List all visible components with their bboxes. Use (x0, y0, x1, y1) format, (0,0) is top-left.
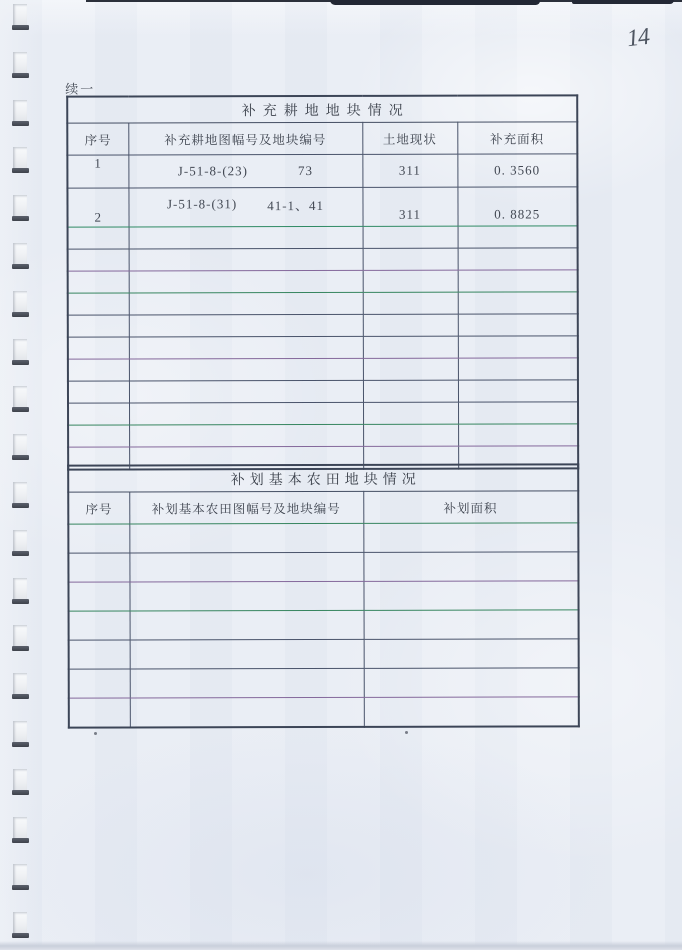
empty-cell (363, 523, 578, 553)
empty-cell (68, 553, 129, 582)
table1-empty-row (68, 270, 578, 293)
table2-empty-row (68, 581, 578, 611)
table1-empty-row (68, 358, 578, 381)
row2-plot-no: 41-1、41 (267, 194, 324, 213)
empty-cell (129, 336, 363, 359)
table2-empty-row (69, 668, 579, 698)
empty-cell (129, 248, 363, 271)
table1-empty-row (68, 424, 578, 447)
row2-sheet-no: J-51-8-(31) (167, 196, 237, 212)
empty-cell (363, 270, 458, 292)
empty-cell (68, 293, 129, 315)
empty-cell (69, 669, 130, 698)
empty-cell (129, 292, 363, 315)
empty-cell (458, 314, 578, 336)
table2-empty-row (68, 552, 578, 582)
row2-seq: 2 (67, 188, 128, 227)
table2-header-row: 序号 补划基本农田图幅号及地块编号 补划面积 (68, 491, 578, 524)
empty-cell (363, 358, 458, 380)
empty-cell (68, 227, 129, 249)
table1-title-row: 补充耕地地块情况 (67, 95, 577, 123)
empty-cell (129, 314, 363, 337)
ink-speck (94, 732, 97, 735)
empty-cell (69, 611, 130, 640)
empty-cell (129, 358, 363, 381)
table1-empty-row (68, 380, 578, 403)
empty-cell (458, 248, 578, 270)
empty-cell (129, 523, 363, 553)
empty-cell (458, 402, 578, 424)
supplementary-cultivated-land-table: 补充耕地地块情况 序号 补充耕地图幅号及地块编号 土地现状 补充面积 1 J-5… (66, 94, 579, 470)
empty-cell (68, 524, 129, 553)
table1-header-row: 序号 补充耕地图幅号及地块编号 土地现状 补充面积 (67, 122, 577, 155)
empty-cell (68, 403, 129, 425)
empty-cell (129, 581, 363, 611)
table1-title: 补充耕地地块情况 (67, 95, 577, 123)
empty-cell (68, 337, 129, 359)
empty-cell (129, 402, 363, 425)
table1-header-seq: 序号 (67, 123, 128, 155)
table2-empty-row (69, 639, 579, 669)
empty-cell (458, 292, 578, 314)
empty-cell (68, 381, 129, 403)
table1-empty-row (68, 292, 578, 315)
empty-cell (68, 315, 129, 337)
empty-cell (68, 249, 129, 271)
table1-data-row-2: 2 J-51-8-(31) 41-1、41 311 0. 8825 (67, 187, 577, 227)
table1-empty-row (68, 314, 578, 337)
empty-cell (363, 424, 458, 446)
basic-farmland-table: 补划基本农田地块情况 序号 补划基本农田图幅号及地块编号 补划面积 (67, 463, 580, 728)
empty-cell (458, 226, 578, 248)
empty-cell (363, 336, 458, 358)
table1-empty-row (68, 402, 578, 425)
empty-cell (68, 271, 129, 293)
empty-cell (69, 640, 130, 669)
row1-area: 0. 3560 (457, 154, 577, 187)
table1-header-status: 土地现状 (362, 122, 457, 154)
table1-header-plot: 补充耕地图幅号及地块编号 (128, 122, 362, 155)
empty-cell (364, 697, 579, 727)
table2-empty-row (69, 697, 579, 728)
table1-empty-row (68, 248, 578, 271)
table2-title: 补划基本农田地块情况 (68, 464, 578, 492)
empty-cell (129, 552, 363, 582)
empty-cell (364, 610, 579, 640)
empty-cell (458, 358, 578, 380)
empty-cell (68, 359, 129, 381)
empty-cell (363, 292, 458, 314)
table2-header-plot: 补划基本农田图幅号及地块编号 (129, 491, 363, 524)
table2-header-seq: 序号 (68, 492, 129, 524)
scanned-document-page: 14 续一 补充耕地地块情况 序号 补充耕地图幅号及地块编号 土地现状 补充面积… (0, 0, 682, 950)
empty-cell (363, 226, 458, 248)
empty-cell (129, 424, 363, 447)
row2-area: 0. 8825 (457, 187, 577, 226)
row2-plot-cell: J-51-8-(31) 41-1、41 (128, 187, 362, 227)
table1-empty-row (68, 336, 578, 359)
empty-cell (130, 639, 364, 669)
empty-cell (363, 552, 578, 582)
empty-cell (364, 668, 579, 698)
ink-speck (405, 731, 408, 734)
row1-seq: 1 (67, 155, 128, 188)
table1-empty-row (68, 226, 578, 249)
table1-data-row-1: 1 J-51-8-(23) 73 311 0. 3560 (67, 154, 577, 188)
row1-sheet-no: J-51-8-(23) (178, 163, 248, 179)
empty-cell (363, 581, 578, 611)
empty-cell (68, 425, 129, 447)
empty-cell (129, 270, 363, 293)
table2-title-row: 补划基本农田地块情况 (68, 464, 578, 492)
table2-header-area: 补划面积 (363, 491, 578, 524)
empty-cell (363, 380, 458, 402)
row1-land-status: 311 (362, 154, 457, 187)
empty-cell (129, 380, 363, 403)
row1-plot-no: 73 (298, 163, 313, 179)
empty-cell (458, 424, 578, 446)
empty-cell (129, 226, 363, 249)
row2-land-status: 311 (362, 187, 457, 226)
empty-cell (69, 698, 130, 728)
empty-cell (364, 639, 579, 669)
empty-cell (363, 402, 458, 424)
empty-cell (130, 610, 364, 640)
page-content: 续一 补充耕地地块情况 序号 补充耕地图幅号及地块编号 土地现状 补充面积 1 (0, 0, 682, 950)
table2-empty-row (68, 523, 578, 553)
empty-cell (130, 697, 364, 727)
empty-cell (458, 380, 578, 402)
empty-cell (458, 270, 578, 292)
empty-cell (363, 314, 458, 336)
scan-bottom-edge (0, 941, 682, 950)
table1-header-area: 补充面积 (457, 122, 577, 154)
empty-cell (363, 248, 458, 270)
table2-empty-row (69, 610, 579, 640)
row1-plot-cell: J-51-8-(23) 73 (128, 154, 362, 188)
empty-cell (458, 336, 578, 358)
empty-cell (68, 582, 129, 611)
empty-cell (130, 668, 364, 698)
